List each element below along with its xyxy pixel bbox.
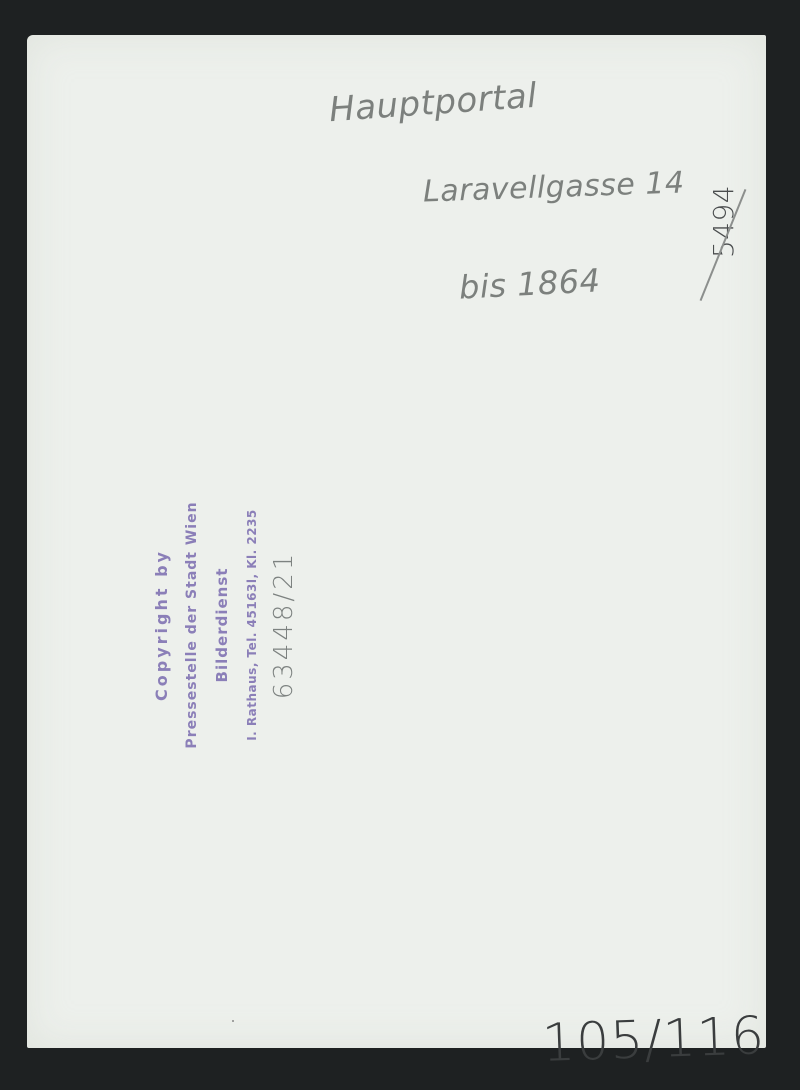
handwritten-stamp-number: 63448/21 xyxy=(269,455,299,795)
handwritten-title: Hauptportal xyxy=(328,76,539,130)
handwritten-archive-number: 105/116 xyxy=(541,1006,766,1074)
speck xyxy=(232,1020,234,1022)
handwritten-address: Laravellgasse 14 xyxy=(422,165,685,209)
photo-card-back: Hauptportal Laravellgasse 14 bis 1864 54… xyxy=(27,35,766,1048)
stamp-line-publisher: Pressestelle der Stadt Wien xyxy=(177,455,207,795)
stamp-line-address: I. Rathaus, Tel. 45163l, Kl. 2235 xyxy=(237,455,267,795)
handwritten-side-number: 5494 xyxy=(707,185,740,258)
stamp-line-copyright: Copyright by xyxy=(147,455,177,795)
stamp-line-department: Bilderdienst xyxy=(207,455,237,795)
copyright-stamp: Copyright by Pressestelle der Stadt Wien… xyxy=(147,455,387,795)
handwritten-date: bis 1864 xyxy=(458,261,601,306)
